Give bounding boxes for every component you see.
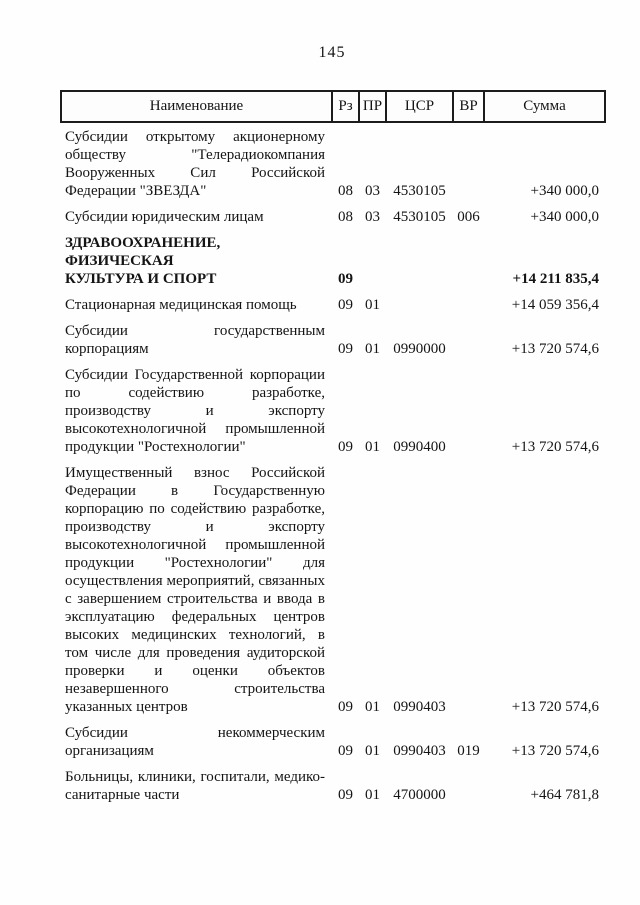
pr-cell: 01 (359, 314, 386, 358)
column-header-pr: ПР (359, 91, 386, 122)
csr-cell: 0990403 (386, 716, 453, 760)
name-line: Субсидии государственным (65, 322, 325, 340)
table-row: ЗДРАВООХРАНЕНИЕ, ФИЗИЧЕСКАЯКУЛЬТУРА И СП… (61, 226, 605, 288)
pr-cell: 03 (359, 122, 386, 200)
name-line: производству и экспорту (65, 518, 325, 536)
vr-cell: 006 (453, 200, 484, 226)
name-line: высокотехнологичной промышленной (65, 536, 325, 554)
table-body: Субсидии открытому акционерномуобществу … (61, 122, 605, 804)
name-line: том числе для проведения аудиторской (65, 644, 325, 662)
name-line: Стационарная медицинская помощь (65, 296, 325, 314)
csr-cell (386, 288, 453, 314)
table-row: Субсидии юридическим лицам08034530105006… (61, 200, 605, 226)
csr-cell: 4530105 (386, 122, 453, 200)
rz-cell: 09 (332, 288, 359, 314)
name-line: осуществления мероприятий, связанных (65, 572, 325, 590)
csr-cell: 0990403 (386, 456, 453, 716)
csr-cell: 4700000 (386, 760, 453, 804)
name-line: с завершением строительства и ввода в (65, 590, 325, 608)
pr-cell: 01 (359, 760, 386, 804)
vr-cell (453, 226, 484, 288)
name-line: по содействию разработке, (65, 384, 325, 402)
table-row: Субсидии государственнымкорпорациям09010… (61, 314, 605, 358)
pr-cell (359, 226, 386, 288)
table-row: Субсидии Государственной корпорациипо со… (61, 358, 605, 456)
name-line: ЗДРАВООХРАНЕНИЕ, ФИЗИЧЕСКАЯ (65, 234, 325, 270)
pr-cell: 01 (359, 358, 386, 456)
name-line: Федерации в Государственную (65, 482, 325, 500)
table-header-row: Наименование Рз ПР ЦСР ВР Сумма (61, 91, 605, 122)
table-row: Стационарная медицинская помощь0901+14 0… (61, 288, 605, 314)
vr-cell (453, 122, 484, 200)
table-row: Субсидии открытому акционерномуобществу … (61, 122, 605, 200)
column-header-csr: ЦСР (386, 91, 453, 122)
rz-cell: 09 (332, 358, 359, 456)
name-line: санитарные части (65, 786, 325, 804)
name-line: Субсидии открытому акционерному (65, 128, 325, 146)
name-line: указанных центров (65, 698, 325, 716)
name-line: Субсидии Государственной корпорации (65, 366, 325, 384)
name-line: производству и экспорту (65, 402, 325, 420)
pr-cell: 03 (359, 200, 386, 226)
name-line: корпорацию по содействию разработке, (65, 500, 325, 518)
name-line: обществу "Телерадиокомпания (65, 146, 325, 164)
column-header-name: Наименование (61, 91, 332, 122)
name-cell: Субсидии государственнымкорпорациям (61, 314, 332, 358)
csr-cell: 0990000 (386, 314, 453, 358)
name-line: проверки и оценки объектов (65, 662, 325, 680)
sum-cell: +14 211 835,4 (484, 226, 605, 288)
name-line: эксплуатацию федеральных центров (65, 608, 325, 626)
name-cell: ЗДРАВООХРАНЕНИЕ, ФИЗИЧЕСКАЯКУЛЬТУРА И СП… (61, 226, 332, 288)
name-line: Больницы, клиники, госпитали, медико- (65, 768, 325, 786)
name-line: продукции "Ростехнологии" для (65, 554, 325, 572)
sum-cell: +340 000,0 (484, 200, 605, 226)
name-line: КУЛЬТУРА И СПОРТ (65, 270, 325, 288)
name-line: Субсидии юридическим лицам (65, 208, 325, 226)
table-row: Имущественный взнос РоссийскойФедерации … (61, 456, 605, 716)
sum-cell: +13 720 574,6 (484, 456, 605, 716)
rz-cell: 09 (332, 760, 359, 804)
name-line: Субсидии некоммерческим (65, 724, 325, 742)
vr-cell (453, 288, 484, 314)
csr-cell: 4530105 (386, 200, 453, 226)
name-line: незавершенного строительства (65, 680, 325, 698)
page-number: 145 (60, 44, 604, 62)
sum-cell: +340 000,0 (484, 122, 605, 200)
rz-cell: 09 (332, 716, 359, 760)
rz-cell: 08 (332, 200, 359, 226)
rz-cell: 09 (332, 226, 359, 288)
name-cell: Субсидии Государственной корпорациипо со… (61, 358, 332, 456)
name-line: Вооруженных Сил Российской (65, 164, 325, 182)
name-line: Федерации "ЗВЕЗДА" (65, 182, 325, 200)
document-page: 145 Наименование Рз ПР ЦСР ВР Сумма Субс… (0, 0, 640, 905)
name-cell: Стационарная медицинская помощь (61, 288, 332, 314)
table-row: Субсидии некоммерческиморганизациям09010… (61, 716, 605, 760)
vr-cell (453, 314, 484, 358)
name-line: высокотехнологичной промышленной (65, 420, 325, 438)
csr-cell: 0990400 (386, 358, 453, 456)
rz-cell: 09 (332, 456, 359, 716)
name-line: организациям (65, 742, 325, 760)
vr-cell: 019 (453, 716, 484, 760)
sum-cell: +13 720 574,6 (484, 716, 605, 760)
name-cell: Имущественный взнос РоссийскойФедерации … (61, 456, 332, 716)
name-line: высоких медицинских технологий, в (65, 626, 325, 644)
budget-table: Наименование Рз ПР ЦСР ВР Сумма Субсидии… (60, 90, 606, 804)
name-cell: Субсидии юридическим лицам (61, 200, 332, 226)
sum-cell: +13 720 574,6 (484, 358, 605, 456)
sum-cell: +464 781,8 (484, 760, 605, 804)
pr-cell: 01 (359, 716, 386, 760)
table-header: Наименование Рз ПР ЦСР ВР Сумма (61, 91, 605, 122)
rz-cell: 08 (332, 122, 359, 200)
name-cell: Субсидии открытому акционерномуобществу … (61, 122, 332, 200)
table-row: Больницы, клиники, госпитали, медико-сан… (61, 760, 605, 804)
vr-cell (453, 456, 484, 716)
pr-cell: 01 (359, 456, 386, 716)
name-line: Имущественный взнос Российской (65, 464, 325, 482)
pr-cell: 01 (359, 288, 386, 314)
rz-cell: 09 (332, 314, 359, 358)
name-cell: Больницы, клиники, госпитали, медико-сан… (61, 760, 332, 804)
csr-cell (386, 226, 453, 288)
name-cell: Субсидии некоммерческиморганизациям (61, 716, 332, 760)
column-header-sum: Сумма (484, 91, 605, 122)
sum-cell: +14 059 356,4 (484, 288, 605, 314)
column-header-rz: Рз (332, 91, 359, 122)
name-line: корпорациям (65, 340, 325, 358)
column-header-vr: ВР (453, 91, 484, 122)
sum-cell: +13 720 574,6 (484, 314, 605, 358)
vr-cell (453, 760, 484, 804)
vr-cell (453, 358, 484, 456)
name-line: продукции "Ростехнологии" (65, 438, 325, 456)
